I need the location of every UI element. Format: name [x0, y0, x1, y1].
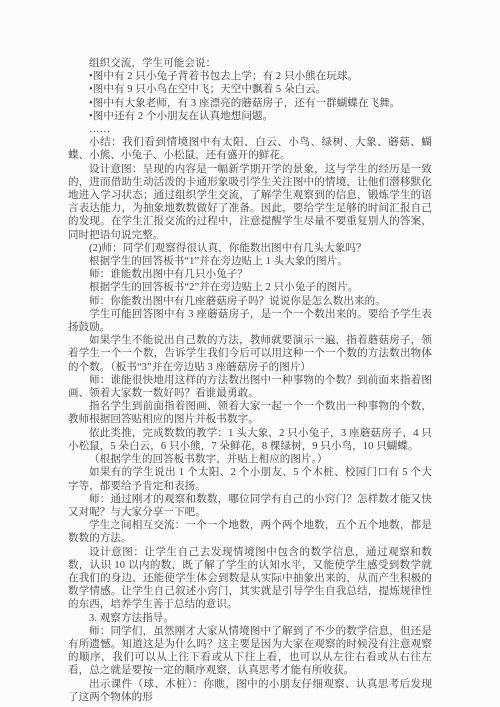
paragraph: •图中有 2 只小兔子背着书包去上学；有 2 只小熊在玩球。 [68, 70, 432, 83]
document-page: 组织交流，学生可能会说：•图中有 2 只小兔子背着书包去上学；有 2 只小熊在玩… [0, 0, 500, 707]
paragraph: 师：你能数出图中有几座蘑菇房子吗？说说你是怎么数出来的。 [68, 295, 432, 308]
paragraph: 3. 观察方法指导。 [68, 612, 432, 625]
paragraph: 师：谁能很快地用这样的方法数出图中一种事物的个数？到前面来指着图画、领着大家数一… [68, 374, 432, 400]
paragraph: 师：同学们，虽然刚才大家从情境图中了解到了不少的数学信息，但还是有所遗憾。知道这… [68, 625, 432, 678]
paragraph: 师：谁能数出图中有几只小兔子？ [68, 268, 432, 281]
paragraph: 根据学生的回答板书“1”并在旁边贴上 1 头大象的图片。 [68, 255, 432, 268]
paragraph: •图中有大象老师，有 3 座漂亮的蘑菇房子，还有一群蝴蝶在飞舞。 [68, 97, 432, 110]
paragraph: 如果学生不能说出自己数的方法，教师就要演示一遍，指着蘑菇房子，领着学生一个一个数… [68, 334, 432, 374]
paragraph: 出示课件（球、木桩）：你瞧，图中的小朋友仔细观察、认真思考后发现了这两个物体的形 [68, 678, 432, 704]
paragraph: （根据学生的回答板书数字，并贴上相应的图片。） [68, 453, 432, 466]
paragraph: 师：通过刚才的观察和数数，哪位同学有自己的小窍门？怎样数才能又快又对呢？与大家分… [68, 493, 432, 519]
paragraph: 学生之间相互交流：一个一个地数，两个两个地数，五个五个地数，都是数数的方法。 [68, 519, 432, 545]
paragraph: 学生可能回答图中有 3 座蘑菇房子，是一个一个数出来的。要给予学生表扬鼓励。 [68, 308, 432, 334]
paragraph: 组织交流，学生可能会说： [68, 57, 432, 70]
paragraph: •图中还有 2 个小朋友在认真地想问题。 [68, 110, 432, 123]
paragraph: •图中有 9 只小鸟在空中飞；天空中飘着 5 朵白云。 [68, 83, 432, 96]
paragraph: 如果有的学生说出 1 个太阳、2 个小朋友、5 个木桩、校园门口有 5 个大字等… [68, 466, 432, 492]
paragraph: 根据学生的回答板书“2”并在旁边贴上 2 只小兔子的图片。 [68, 281, 432, 294]
document-text-block: 组织交流，学生可能会说：•图中有 2 只小兔子背着书包去上学；有 2 只小熊在玩… [68, 57, 432, 704]
paragraph: 指名学生到前面指着图画、领着大家一起一个一个数出一种事物的个数，教师根据回答贴相… [68, 400, 432, 426]
paragraph: …… [68, 123, 432, 136]
paragraph: 设计意图：呈现的内容是一幅新学期开学的景象，这与学生的经历是一致的，进而借助生动… [68, 163, 432, 242]
paragraph: 小结：我们看到情境图中有太阳、白云、小鸟、绿树、大象、蘑菇、蝴蝶、小熊、小兔子、… [68, 136, 432, 162]
paragraph: (2)师：同学们观察得很认真，你能数出图中有几头大象吗？ [68, 242, 432, 255]
paragraph: 依此类推，完成数数的教学：1 头大象，2 只小兔子，3 座蘑菇房子，4 只小松鼠… [68, 427, 432, 453]
paragraph: 设计意图：让学生自己去发现情境图中包含的数学信息，通过观察和数数，认识 10 以… [68, 546, 432, 612]
